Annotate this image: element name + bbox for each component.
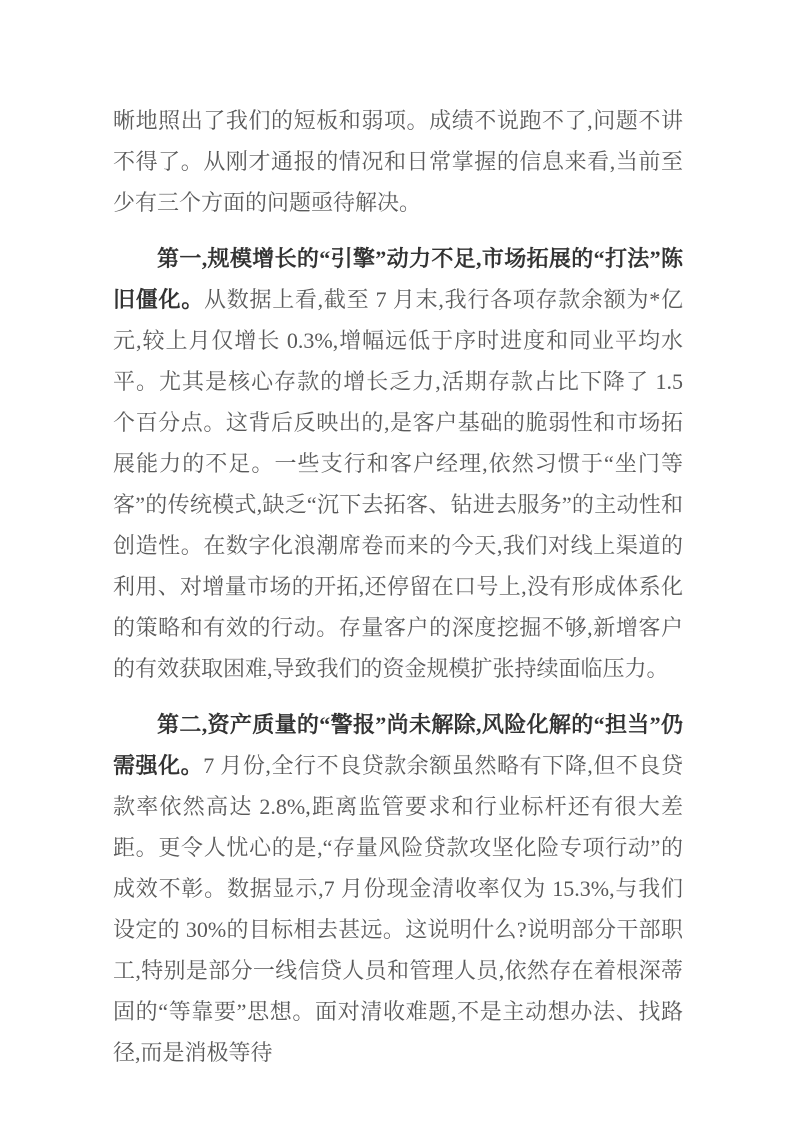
document-page: 晰地照出了我们的短板和弱项。成绩不说跑不了,问题不讲不得了。从刚才通报的情况和日… [0, 0, 793, 1122]
text-run: 晰地照出了我们的短板和弱项。成绩不说跑不了,问题不讲不得了。从刚才通报的情况和日… [113, 108, 683, 215]
document-body: 晰地照出了我们的短板和弱项。成绩不说跑不了,问题不讲不得了。从刚才通报的情况和日… [113, 100, 683, 1073]
text-run: 从数据上看,截至 7 月末,我行各项存款余额为*亿元,较上月仅增长 0.3%,增… [113, 287, 683, 681]
paragraph-second-issue: 第二,资产质量的“警报”尚未解除,风险化解的“担当”仍需强化。7 月份,全行不良… [113, 704, 683, 1073]
text-run: 7 月份,全行不良贷款余额虽然略有下降,但不良贷款率依然高达 2.8%,距离监管… [113, 753, 683, 1065]
paragraph-continuation: 晰地照出了我们的短板和弱项。成绩不说跑不了,问题不讲不得了。从刚才通报的情况和日… [113, 100, 683, 223]
paragraph-first-issue: 第一,规模增长的“引擎”动力不足,市场拓展的“打法”陈旧僵化。从数据上看,截至 … [113, 238, 683, 689]
